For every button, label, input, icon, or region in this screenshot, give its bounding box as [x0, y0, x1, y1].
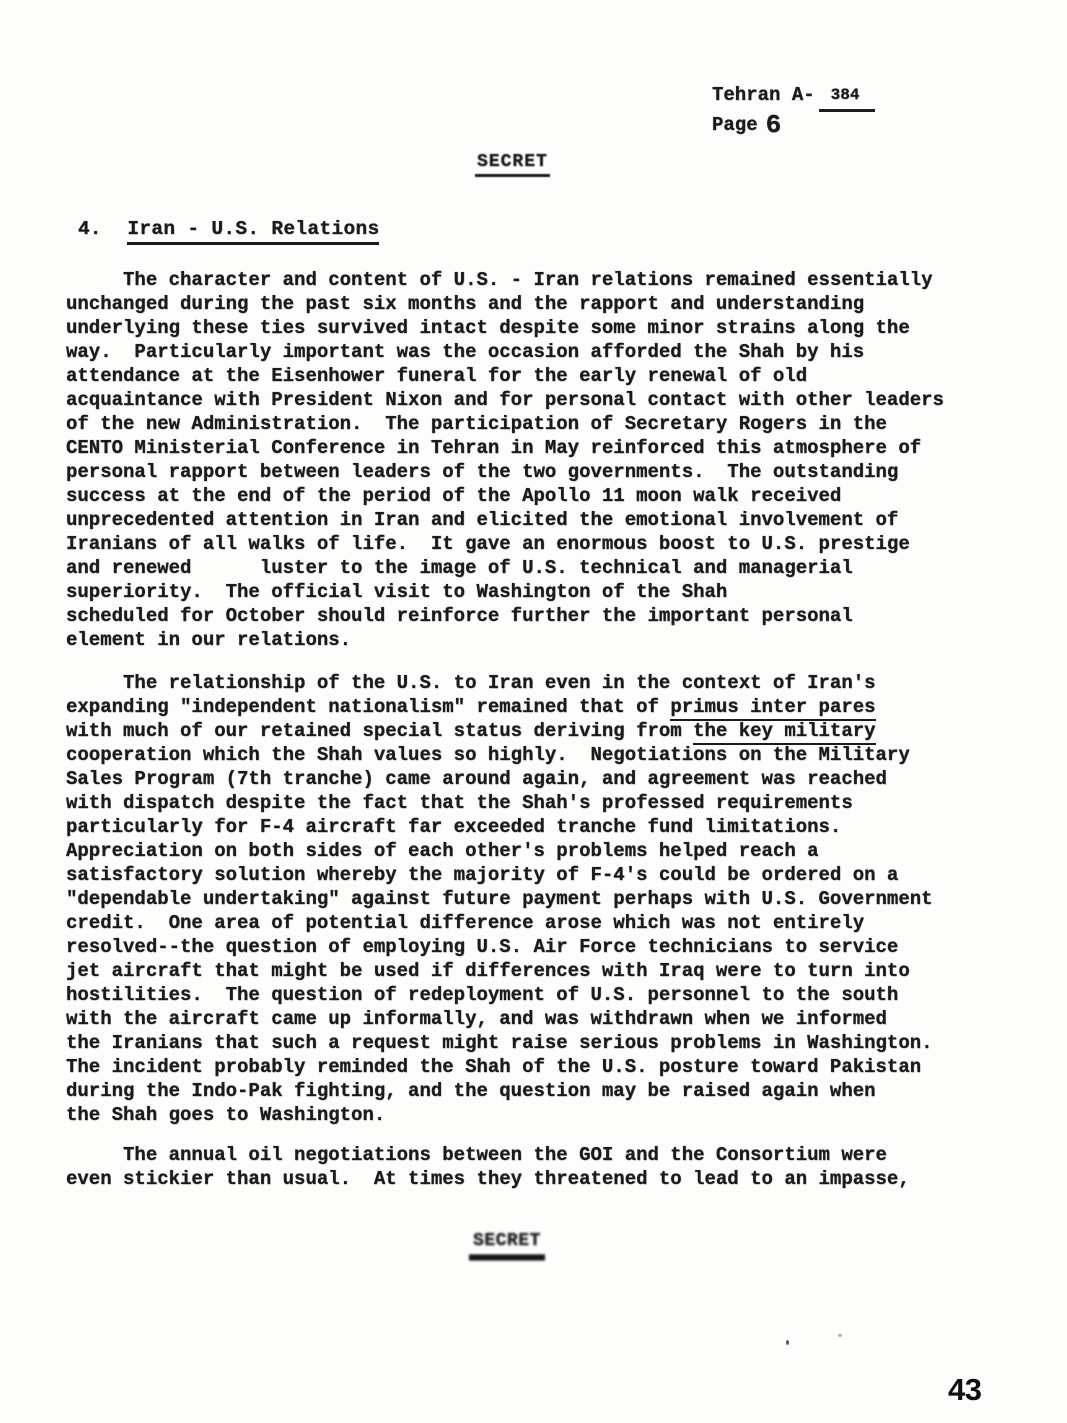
classification-banner-bottom: SECRET [469, 1230, 545, 1260]
paragraph-text: cooperation which the Shah values so hig… [66, 744, 933, 1126]
ink-speck [838, 1334, 842, 1337]
paragraph-military-sales: The relationship of the U.S. to Iran eve… [66, 671, 933, 1127]
paragraph-text: The character and content of U.S. - Iran… [66, 269, 944, 651]
reference-line: Tehran A-384 [712, 82, 875, 112]
reference-number: 384 [819, 82, 876, 112]
ink-speck [786, 1340, 789, 1345]
reference-label: Tehran A- [712, 84, 815, 106]
page-number: 43 [948, 1372, 981, 1408]
section-title: Iran - U.S. Relations [127, 218, 379, 245]
underlined-phrase: the key military [693, 720, 875, 745]
paragraph-oil-negotiations: The annual oil negotiations between the … [66, 1143, 910, 1191]
page-label: Page [712, 114, 758, 136]
page-header-number: 6 [766, 110, 782, 140]
section-heading: 4.Iran - U.S. Relations [78, 218, 379, 240]
page-header-line: Page6 [712, 112, 875, 139]
paragraph-us-iran-relations: The character and content of U.S. - Iran… [66, 268, 944, 652]
paragraph-text: with much of our retained special status… [66, 720, 693, 742]
underlined-phrase: primus inter pares [670, 696, 875, 721]
section-number: 4. [78, 218, 101, 240]
reference-header: Tehran A-384 Page6 [712, 82, 875, 139]
paragraph-text: The annual oil negotiations between the … [66, 1144, 910, 1190]
classification-banner-top: SECRET [475, 152, 550, 177]
document-page: Tehran A-384 Page6 SECRET 4.Iran - U.S. … [0, 0, 1067, 1423]
